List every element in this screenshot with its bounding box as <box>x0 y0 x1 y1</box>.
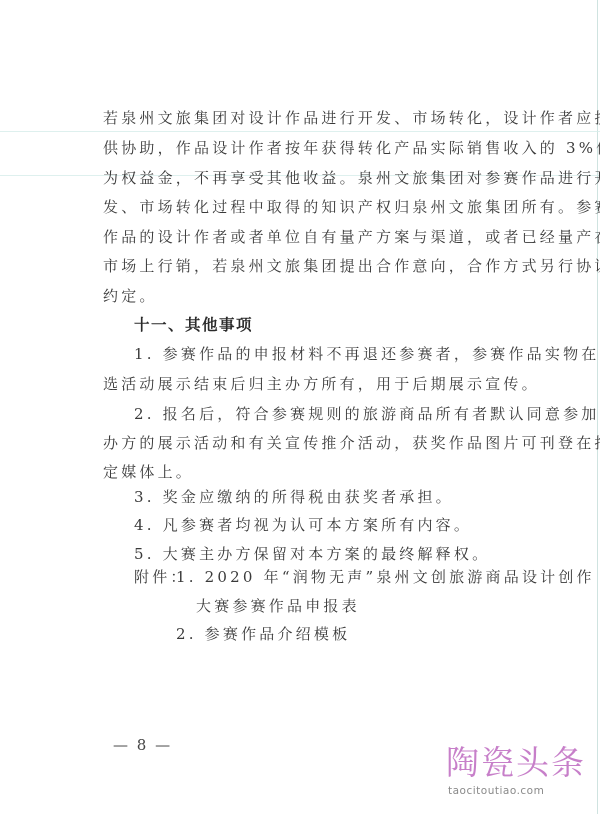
body-line: 发、市场转化过程中取得的知识产权归泉州文旅集团所有。参赛 <box>103 197 523 217</box>
item-3: 3. 奖金应缴纳的所得税由获奖者承担。 <box>134 487 554 507</box>
item-2-line-2: 办方的展示活动和有关宣传推介活动，获奖作品图片可刊登在指 <box>103 433 523 453</box>
attachment-2: 2. 参赛作品介绍模板 <box>176 624 596 644</box>
attachment-1-line-1: 1. 2020 年“润物无声”泉州文创旅游商品设计创作 <box>176 567 596 587</box>
item-2-line-3: 定媒体上。 <box>103 462 523 482</box>
watermark-title: 陶瓷头条 <box>446 745 586 781</box>
document-page: 若泉州文旅集团对设计作品进行开发、市场转化，设计作者应提 供协助，作品设计作者按… <box>0 0 600 814</box>
section-heading: 十一、其他事项 <box>134 315 554 335</box>
item-4: 4. 凡参赛者均视为认可本方案所有内容。 <box>134 515 554 535</box>
item-2-line-1: 2. 报名后，符合参赛规则的旅游商品所有者默认同意参加主 <box>134 404 554 424</box>
item-1-line-2: 选活动展示结束后归主办方所有，用于后期展示宣传。 <box>103 374 523 394</box>
body-line: 约定。 <box>103 286 523 306</box>
body-line: 若泉州文旅集团对设计作品进行开发、市场转化，设计作者应提 <box>103 108 523 128</box>
body-line: 为权益金，不再享受其他收益。泉州文旅集团对参赛作品进行开 <box>103 168 523 188</box>
body-line: 作品的设计作者或者单位自有量产方案与渠道，或者已经量产在 <box>103 227 523 247</box>
page-number: — 8 — <box>113 736 172 754</box>
item-5: 5. 大赛主办方保留对本方案的最终解释权。 <box>134 544 554 564</box>
attachment-1-line-2: 大赛参赛作品申报表 <box>196 596 600 616</box>
item-1-line-1: 1. 参赛作品的申报材料不再退还参赛者，参赛作品实物在评 <box>134 344 554 364</box>
watermark-logo: 陶瓷头条 taocitoutiao.com <box>440 745 590 805</box>
watermark-url: taocitoutiao.com <box>448 785 544 797</box>
body-line: 供协助，作品设计作者按年获得转化产品实际销售收入的 3%作 <box>103 138 523 158</box>
body-line: 市场上行销，若泉州文旅集团提出合作意向，合作方式另行协议 <box>103 256 523 276</box>
